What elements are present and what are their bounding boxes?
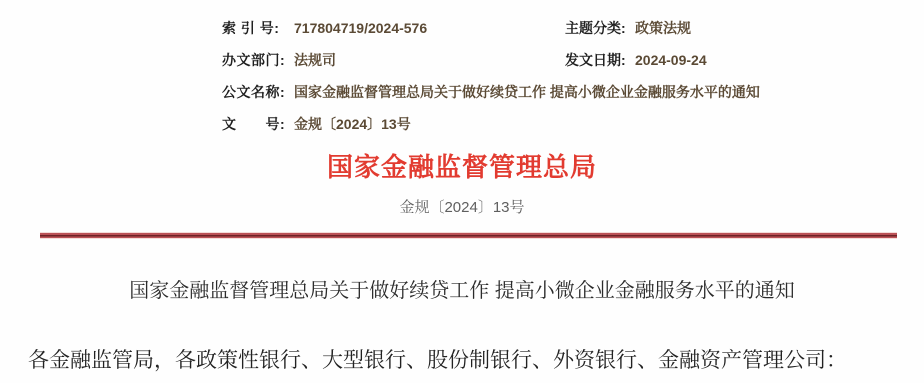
issue-date-label: 发文日期:: [565, 50, 635, 70]
meta-row-doc-number: 文 号: 金规〔2024〕13号: [222, 108, 912, 140]
meta-row-dept-date: 办文部门: 法规司 发文日期: 2024-09-24: [222, 44, 912, 76]
masthead-doc-number: 金规〔2024〕13号: [0, 196, 924, 217]
notice-title: 国家金融监督管理总局关于做好续贷工作 提高小微企业金融服务水平的通知: [0, 274, 924, 303]
red-separator-rule: [40, 232, 897, 239]
issuing-department-value: 法规司: [294, 50, 565, 70]
meta-row-index-topic: 索 引 号: 717804719/2024-576 主题分类: 政策法规: [222, 12, 912, 44]
issue-date-value: 2024-09-24: [635, 52, 707, 68]
issuing-department-label: 办文部门:: [222, 50, 294, 70]
document-metadata: 索 引 号: 717804719/2024-576 主题分类: 政策法规 办文部…: [222, 12, 912, 140]
agency-masthead-title: 国家金融监督管理总局: [0, 147, 924, 184]
document-number-label: 文 号:: [222, 114, 294, 134]
document-title-label: 公文名称:: [222, 82, 294, 102]
index-number-value: 717804719/2024-576: [294, 20, 565, 36]
topic-category-value: 政策法规: [635, 18, 691, 38]
document-title-value: 国家金融监督管理总局关于做好续贷工作 提高小微企业金融服务水平的通知: [294, 82, 760, 102]
topic-category-label: 主题分类:: [565, 18, 635, 38]
document-page: 索 引 号: 717804719/2024-576 主题分类: 政策法规 办文部…: [0, 0, 924, 383]
salutation-line: 各金融监管局，各政策性银行、大型银行、股份制银行、外资银行、金融资产管理公司：: [28, 344, 914, 374]
index-number-label: 索 引 号:: [222, 18, 294, 38]
meta-row-doc-title: 公文名称: 国家金融监督管理总局关于做好续贷工作 提高小微企业金融服务水平的通知: [222, 76, 912, 108]
document-number-value: 金规〔2024〕13号: [294, 114, 411, 134]
